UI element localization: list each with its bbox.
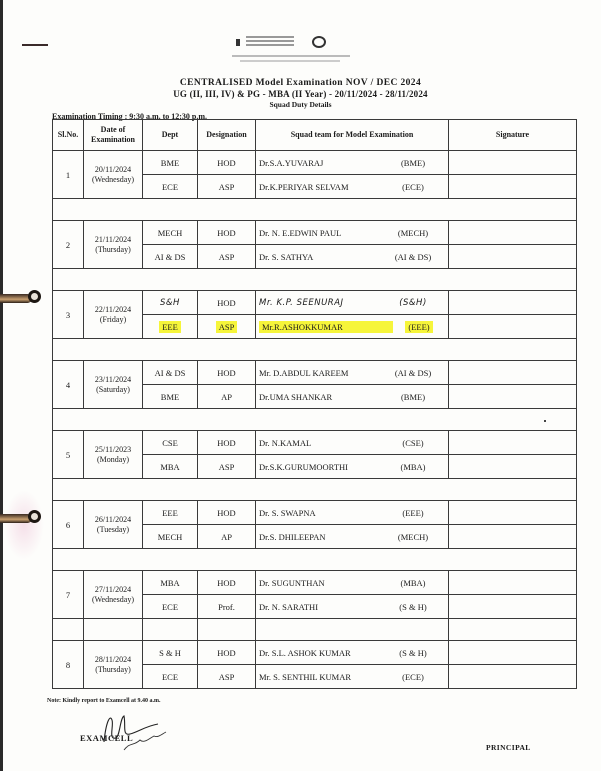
exam-day: (Thursday) (95, 245, 131, 254)
sl-no-cell: 8 (53, 641, 84, 689)
signature-cell[interactable] (449, 665, 577, 689)
designation: ASP (219, 672, 235, 682)
designation-cell: ASP (198, 455, 256, 479)
dept-cell: MECH (143, 221, 198, 245)
squad-member-name: Dr. SUGUNTHAN (259, 578, 387, 588)
examcell-signature-icon (96, 712, 176, 752)
designation-cell: AP (198, 525, 256, 549)
squad-member-dept: (BME) (387, 158, 439, 168)
designation: HOD (217, 578, 235, 588)
sl-no: 3 (66, 310, 70, 320)
squad-cell: Dr. S. SWAPNA(EEE) (256, 501, 449, 525)
dept-cell: BME (143, 151, 198, 175)
designation-cell: HOD (198, 641, 256, 665)
sl-no: 4 (66, 380, 70, 390)
dept: ECE (162, 672, 178, 682)
spacer-row (53, 479, 577, 501)
designation-cell: ASP (198, 175, 256, 199)
dept-cell: MECH (143, 525, 198, 549)
table-row: 828/11/2024(Thursday)S & HHODDr. S.L. AS… (53, 641, 577, 665)
squad-cell: Dr. N. SARATHI(S & H) (256, 595, 449, 619)
spacer-row (53, 269, 577, 291)
dept: EEE (159, 321, 181, 333)
exam-date: 27/11/2024 (95, 585, 131, 594)
designation: HOD (217, 648, 235, 658)
squad-cell: Dr.S.K.GURUMOORTHI(MBA) (256, 455, 449, 479)
squad-cell: Dr. N. E.EDWIN PAUL(MECH) (256, 221, 449, 245)
designation: ASP (216, 321, 238, 333)
designation-cell: HOD (198, 571, 256, 595)
designation: HOD (217, 158, 235, 168)
document-heading: Squad Duty Details (0, 100, 601, 109)
college-logo-icon (232, 33, 362, 63)
dept: AI & DS (155, 252, 186, 262)
binder-edge (0, 0, 3, 771)
squad-member-name: Dr.UMA SHANKAR (259, 392, 387, 402)
sl-no: 2 (66, 240, 70, 250)
squad-cell: Dr. S. SATHYA(AI & DS) (256, 245, 449, 269)
dept: S&H (160, 298, 180, 308)
designation-cell: HOD (198, 221, 256, 245)
sl-no: 7 (66, 590, 70, 600)
squad-member-dept: (MBA) (387, 462, 439, 472)
designation-cell: HOD (198, 361, 256, 385)
table-row: 322/11/2024(Friday)S&HHODMr. K.P. SEENUR… (53, 291, 577, 315)
squad-cell: Dr.S.A.YUVARAJ(BME) (256, 151, 449, 175)
squad-duty-table: Sl.No. Date of Examination Dept Designat… (52, 119, 577, 689)
document-subtitle: UG (II, III, IV) & PG - MBA (II Year) - … (0, 89, 601, 99)
squad-member-name: Dr.K.PERIYAR SELVAM (259, 182, 387, 192)
dept: ECE (162, 182, 178, 192)
signature-cell[interactable] (449, 151, 577, 175)
squad-member-name: Mr. K.P. SEENURAJ (259, 298, 387, 308)
designation: ASP (219, 462, 235, 472)
squad-member-name: Dr. S.L. ASHOK KUMAR (259, 648, 387, 658)
dept: MECH (158, 228, 183, 238)
squad-member-dept: (ECE) (387, 182, 439, 192)
dept-cell: AI & DS (143, 245, 198, 269)
squad-member-dept: (MBA) (387, 578, 439, 588)
designation-cell: HOD (198, 501, 256, 525)
dept: S & H (159, 648, 181, 658)
exam-day: (Monday) (97, 455, 129, 464)
squad-member-dept: (S & H) (387, 648, 439, 658)
dept: BME (161, 158, 179, 168)
signature-cell[interactable] (449, 175, 577, 199)
table-row: 525/11/2023(Monday)CSEHODDr. N.KAMAL(CSE… (53, 431, 577, 455)
dept-cell: MBA (143, 571, 198, 595)
col-header-date: Date of Examination (84, 120, 143, 151)
signature-cell[interactable] (449, 571, 577, 595)
squad-cell: Dr.S. DHILEEPAN(MECH) (256, 525, 449, 549)
signature-cell[interactable] (449, 221, 577, 245)
table-row: 120/11/2024(Wednesday)BMEHODDr.S.A.YUVAR… (53, 151, 577, 175)
designation: ASP (219, 252, 235, 262)
dept-cell: BME (143, 385, 198, 409)
squad-member-name: Dr. N. E.EDWIN PAUL (259, 228, 387, 238)
squad-member-name: Mr. D.ABDUL KAREEM (259, 368, 387, 378)
squad-cell: Mr. S. SENTHIL KUMAR(ECE) (256, 665, 449, 689)
table-row: 727/11/2024(Wednesday)MBAHODDr. SUGUNTHA… (53, 571, 577, 595)
exam-day: (Thursday) (95, 665, 131, 674)
exam-date: 23/11/2024 (95, 375, 131, 384)
dept-cell: ECE (143, 665, 198, 689)
binder-clip-icon (0, 288, 44, 308)
designation-cell: HOD (198, 291, 256, 315)
exam-date: 21/11/2024 (95, 235, 131, 244)
signature-cell[interactable] (449, 385, 577, 409)
squad-cell: Dr. S.L. ASHOK KUMAR(S & H) (256, 641, 449, 665)
squad-member-dept: (S&H) (387, 298, 439, 308)
squad-member-name: Dr. S. SATHYA (259, 252, 387, 262)
designation-cell: ASP (198, 245, 256, 269)
examcell-label: EXAMCELL (80, 733, 133, 743)
signature-cell[interactable] (449, 361, 577, 385)
table-row: 423/11/2024(Saturday)AI & DSHODMr. D.ABD… (53, 361, 577, 385)
dept-cell: ECE (143, 595, 198, 619)
date-cell: 21/11/2024(Thursday) (84, 221, 143, 269)
sl-no-cell: 5 (53, 431, 84, 479)
sl-no-cell: 6 (53, 501, 84, 549)
squad-member-name: Mr. S. SENTHIL KUMAR (259, 672, 387, 682)
designation-cell: ASP (198, 665, 256, 689)
squad-member-dept: (MECH) (387, 228, 439, 238)
signature-cell[interactable] (449, 291, 577, 315)
designation-cell: ASP (198, 315, 256, 339)
dept-cell: S&H (143, 291, 198, 315)
dept-cell: AI & DS (143, 361, 198, 385)
sl-no: 8 (66, 660, 70, 670)
squad-member-name: Dr.S.A.YUVARAJ (259, 158, 387, 168)
designation: AP (221, 392, 232, 402)
squad-cell: Mr. D.ABDUL KAREEM(AI & DS) (256, 361, 449, 385)
dept-cell: CSE (143, 431, 198, 455)
sl-no: 6 (66, 520, 70, 530)
date-cell: 25/11/2023(Monday) (84, 431, 143, 479)
exam-date: 20/11/2024 (95, 165, 131, 174)
squad-member-name: Mr.R.ASHOKKUMAR (259, 321, 393, 333)
designation-cell: AP (198, 385, 256, 409)
signature-cell[interactable] (449, 525, 577, 549)
designation: HOD (217, 508, 235, 518)
sl-no-cell: 3 (53, 291, 84, 339)
exam-day: (Saturday) (96, 385, 130, 394)
sl-no-cell: 7 (53, 571, 84, 619)
squad-member-name: Dr.S. DHILEEPAN (259, 532, 387, 542)
col-header-designation: Designation (198, 120, 256, 151)
squad-member-dept: (EEE) (387, 508, 439, 518)
spacer-row (53, 619, 577, 641)
squad-member-dept: (EEE) (393, 322, 445, 332)
col-header-slno: Sl.No. (53, 120, 84, 151)
sl-no: 1 (66, 170, 70, 180)
dept-cell: ECE (143, 175, 198, 199)
designation-cell: Prof. (198, 595, 256, 619)
stray-mark (544, 420, 546, 422)
footer-note: Note: Kindly report to Examcell at 9.40 … (47, 698, 161, 704)
squad-cell: Dr.UMA SHANKAR(BME) (256, 385, 449, 409)
dept-cell: MBA (143, 455, 198, 479)
dept: ECE (162, 602, 178, 612)
exam-date: 26/11/2024 (95, 515, 131, 524)
signature-cell[interactable] (449, 315, 577, 339)
col-header-squad: Squad team for Model Examination (256, 120, 449, 151)
designation: AP (221, 532, 232, 542)
spacer-row (53, 409, 577, 431)
signature-cell[interactable] (449, 431, 577, 455)
dept-cell: S & H (143, 641, 198, 665)
dept: CSE (162, 438, 178, 448)
binder-clip-icon (0, 508, 44, 528)
date-cell: 23/11/2024(Saturday) (84, 361, 143, 409)
table-row: 626/11/2024(Tuesday)EEEHODDr. S. SWAPNA(… (53, 501, 577, 525)
document-title: CENTRALISED Model Examination NOV / DEC … (0, 78, 601, 88)
squad-cell: Dr.K.PERIYAR SELVAM(ECE) (256, 175, 449, 199)
squad-member-dept: (AI & DS) (387, 368, 439, 378)
date-cell: 20/11/2024(Wednesday) (84, 151, 143, 199)
signature-cell[interactable] (449, 641, 577, 665)
designation: HOD (217, 228, 235, 238)
exam-day: (Wednesday) (92, 595, 134, 604)
squad-member-name: Dr. N.KAMAL (259, 438, 387, 448)
date-cell: 22/11/2024(Friday) (84, 291, 143, 339)
exam-date: 28/11/2024 (95, 655, 131, 664)
dept-cell: EEE (143, 501, 198, 525)
designation: Prof. (218, 602, 235, 612)
scan-mark (22, 44, 48, 46)
col-header-signature: Signature (449, 120, 577, 151)
signature-cell[interactable] (449, 455, 577, 479)
squad-member-name: Dr.S.K.GURUMOORTHI (259, 462, 387, 472)
dept: MECH (158, 532, 183, 542)
designation-cell: HOD (198, 151, 256, 175)
spacer-row (53, 199, 577, 221)
date-cell: 28/11/2024(Thursday) (84, 641, 143, 689)
table-row: 221/11/2024(Thursday)MECHHODDr. N. E.EDW… (53, 221, 577, 245)
exam-day: (Tuesday) (97, 525, 129, 534)
dept: EEE (162, 508, 178, 518)
date-cell: 27/11/2024(Wednesday) (84, 571, 143, 619)
sl-no-cell: 1 (53, 151, 84, 199)
dept: AI & DS (155, 368, 186, 378)
dept-cell: EEE (143, 315, 198, 339)
designation: HOD (217, 438, 235, 448)
squad-member-dept: (S & H) (387, 602, 439, 612)
squad-member-name: Dr. S. SWAPNA (259, 508, 387, 518)
signature-cell[interactable] (449, 595, 577, 619)
exam-date: 22/11/2024 (95, 305, 131, 314)
designation: HOD (217, 368, 235, 378)
principal-label: PRINCIPAL (486, 743, 531, 752)
exam-day: (Friday) (100, 315, 126, 324)
spacer-row (53, 549, 577, 571)
dept: MBA (160, 462, 179, 472)
squad-member-dept: (CSE) (387, 438, 439, 448)
sl-no: 5 (66, 450, 70, 460)
squad-cell: Dr. N.KAMAL(CSE) (256, 431, 449, 455)
col-header-dept: Dept (143, 120, 198, 151)
spacer-row (53, 339, 577, 361)
squad-cell: Mr. K.P. SEENURAJ(S&H) (256, 291, 449, 315)
squad-member-dept: (BME) (387, 392, 439, 402)
squad-member-dept: (ECE) (387, 672, 439, 682)
designation-cell: HOD (198, 431, 256, 455)
dept: BME (161, 392, 179, 402)
squad-cell: Mr.R.ASHOKKUMAR(EEE) (256, 315, 449, 339)
signature-cell[interactable] (449, 245, 577, 269)
date-cell: 26/11/2024(Tuesday) (84, 501, 143, 549)
dept: MBA (160, 578, 179, 588)
exam-date: 25/11/2023 (95, 445, 131, 454)
squad-member-dept: (MECH) (387, 532, 439, 542)
designation: ASP (219, 182, 235, 192)
signature-cell[interactable] (449, 501, 577, 525)
designation: HOD (217, 298, 235, 308)
squad-member-dept: (AI & DS) (387, 252, 439, 262)
exam-day: (Wednesday) (92, 175, 134, 184)
sl-no-cell: 4 (53, 361, 84, 409)
squad-member-name: Dr. N. SARATHI (259, 602, 387, 612)
table-header-row: Sl.No. Date of Examination Dept Designat… (53, 120, 577, 151)
squad-cell: Dr. SUGUNTHAN(MBA) (256, 571, 449, 595)
sl-no-cell: 2 (53, 221, 84, 269)
